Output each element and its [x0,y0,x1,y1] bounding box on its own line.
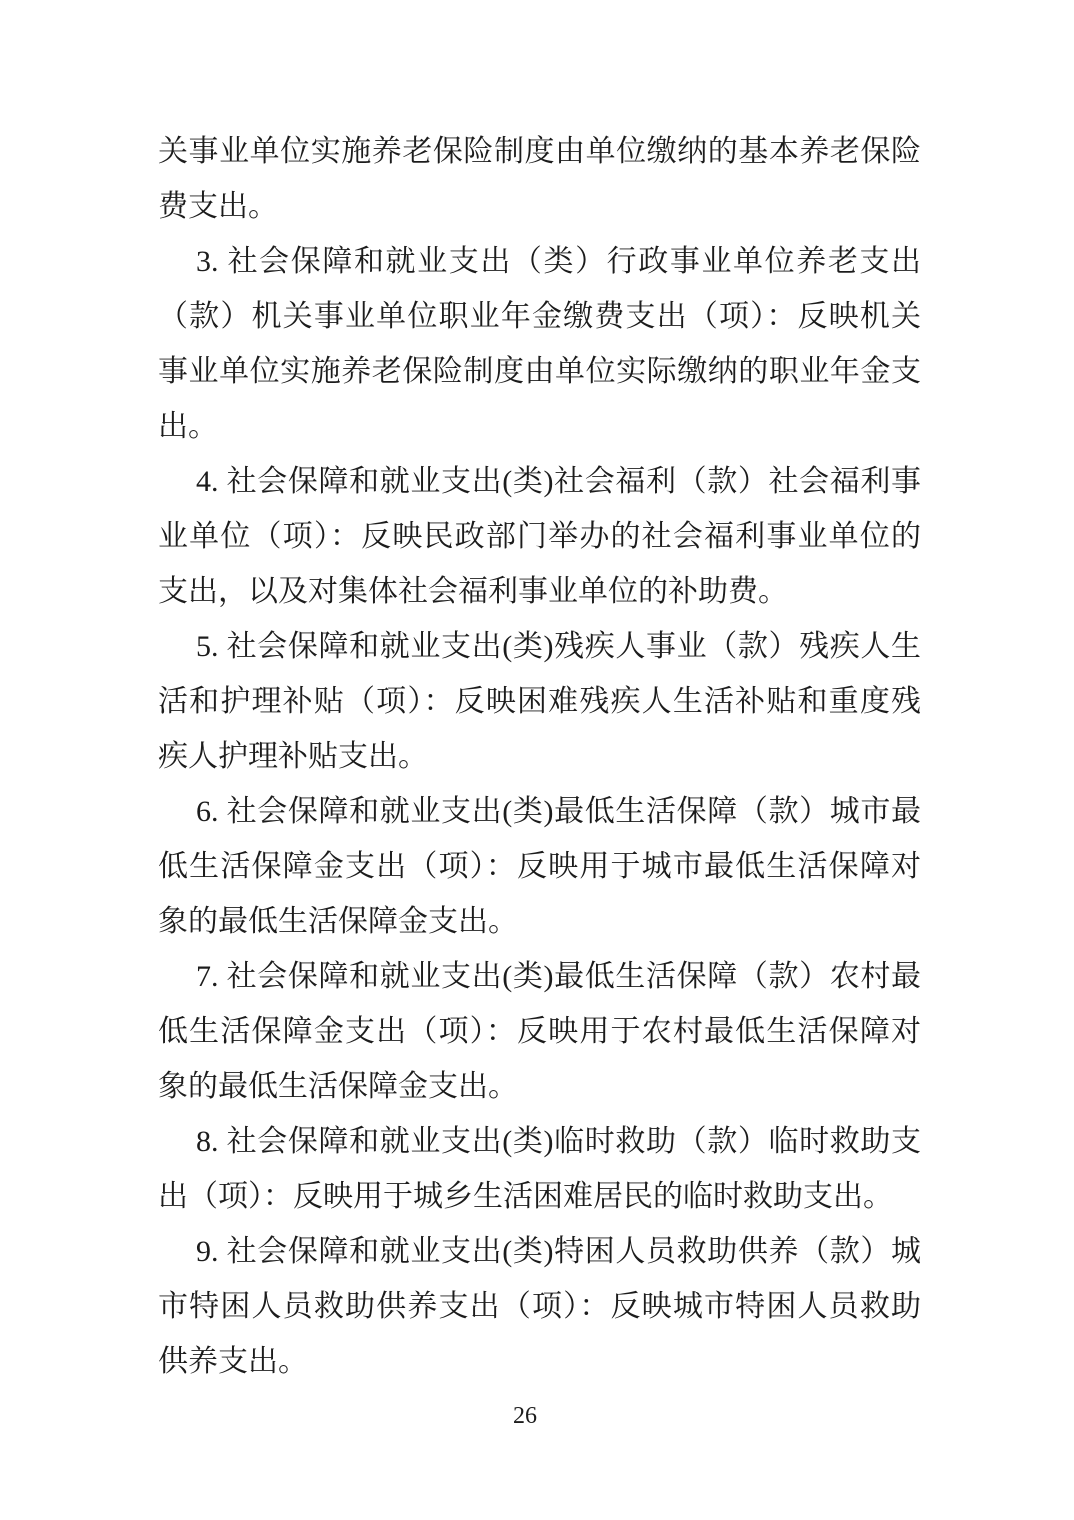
paragraph-item-7: 7. 社会保障和就业支出(类)最低生活保障（款）农村最低生活保障金支出（项）：反… [158,949,921,1114]
paragraph-item-6: 6. 社会保障和就业支出(类)最低生活保障（款）城市最低生活保障金支出（项）：反… [158,784,921,949]
paragraph-item-9: 9. 社会保障和就业支出(类)特困人员救助供养（款）城市特困人员救助供养支出（项… [158,1224,921,1389]
paragraph-item-8: 8. 社会保障和就业支出(类)临时救助（款）临时救助支出（项）：反映用于城乡生活… [158,1114,921,1224]
paragraph-continuation: 关事业单位实施养老保险制度由单位缴纳的基本养老保险费支出。 [158,124,921,234]
document-body: 关事业单位实施养老保险制度由单位缴纳的基本养老保险费支出。 3. 社会保障和就业… [158,124,921,1389]
paragraph-item-3: 3. 社会保障和就业支出（类）行政事业单位养老支出（款）机关事业单位职业年金缴费… [158,234,921,454]
paragraph-item-4: 4. 社会保障和就业支出(类)社会福利（款）社会福利事业单位（项）：反映民政部门… [158,454,921,619]
document-page: 关事业单位实施养老保险制度由单位缴纳的基本养老保险费支出。 3. 社会保障和就业… [0,0,1074,1520]
paragraph-item-5: 5. 社会保障和就业支出(类)残疾人事业（款）残疾人生活和护理补贴（项）：反映困… [158,619,921,784]
page-number: 26 [0,1402,1050,1430]
